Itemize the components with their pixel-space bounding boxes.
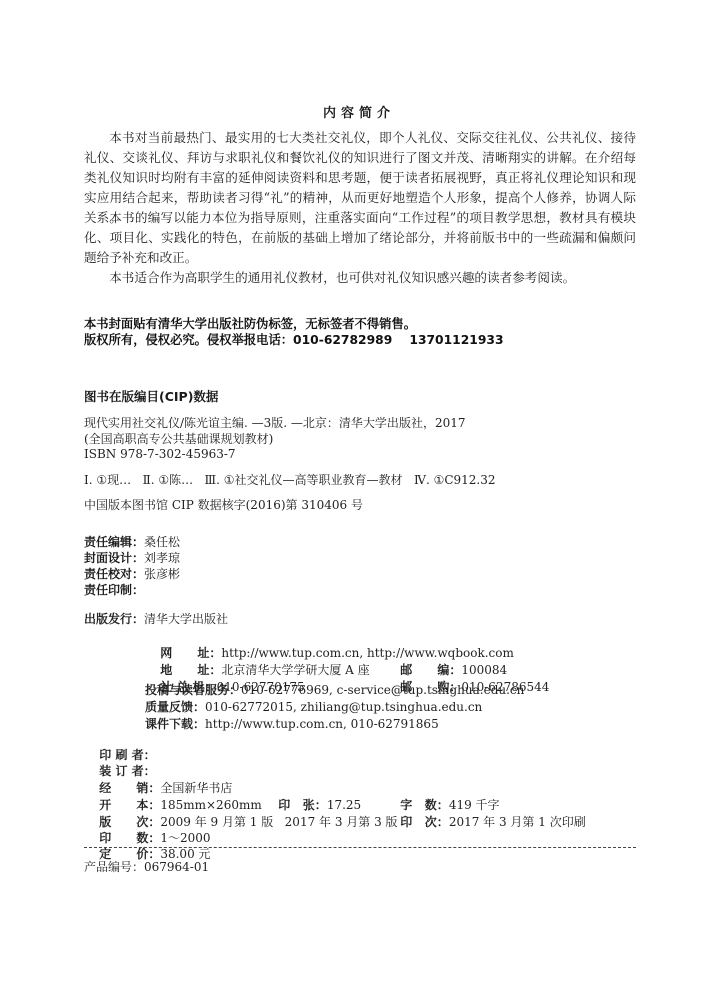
- download-line: 课件下载：http://www.tup.com.cn, 010-62791865: [145, 715, 439, 732]
- copyright-notice: 版权所有，侵权必究。侵权举报电话：010-62782989 1370112193…: [84, 332, 504, 348]
- cip-line-2: (全国高职高专公共基础课规划教材): [84, 430, 273, 447]
- staff-cover-design: 封面设计：刘孝琼: [84, 549, 180, 566]
- product-code: 产品编号：067964-01: [84, 858, 209, 875]
- service-line: 投稿与读者服务：010-62776969, c-service@tup.tsin…: [145, 681, 524, 698]
- service-label: 投稿与读者服务：: [145, 683, 241, 697]
- impression-label: 印 次：: [400, 815, 449, 829]
- service-value: 010-62776969, c-service@tup.tsinghua.edu…: [241, 683, 524, 697]
- summary-title: 内容简介: [0, 102, 718, 121]
- publisher-name: 清华大学出版社: [144, 612, 228, 626]
- staff-printing: 责任印制：: [84, 581, 144, 598]
- publisher-label: 出版发行：: [84, 612, 144, 626]
- cip-isbn: ISBN 978-7-302-45963-7: [84, 447, 236, 461]
- impression-value: 2017 年 3 月第 1 次印刷: [449, 815, 586, 829]
- publisher-line: 出版发行：清华大学出版社: [84, 610, 228, 627]
- feedback-value: 010-62772015, zhiliang@tup.tsinghua.edu.…: [205, 700, 482, 714]
- cip-heading: 图书在版编目(CIP)数据: [84, 387, 218, 405]
- staff-proofreader: 责任校对：张彦彬: [84, 565, 180, 582]
- impression-line: 印 次：2017 年 3 月第 1 次印刷: [385, 799, 586, 844]
- cip-record: 中国版本图书馆 CIP 数据核字(2016)第 310406 号: [84, 496, 363, 513]
- download-value: http://www.tup.com.cn, 010-62791865: [205, 717, 439, 731]
- staff-proof-label: 责任校对：: [84, 567, 144, 581]
- copyright-page: 内容简介 本书对当前最热门、最实用的七大类社交礼仪，即个人礼仪、交际交往礼仪、公…: [0, 0, 718, 1000]
- feedback-line: 质量反馈：010-62772015, zhiliang@tup.tsinghua…: [145, 698, 482, 715]
- staff-cover-label: 封面设计：: [84, 551, 144, 565]
- summary-paragraph-3: 本书适合作为高职学生的通用礼仪教材，也可供对礼仪知识感兴趣的读者参考阅读。: [84, 268, 636, 288]
- staff-cover-value: 刘孝琼: [144, 551, 180, 565]
- anti-counterfeit-notice: 本书封面贴有清华大学出版社防伪标签，无标签者不得销售。: [84, 316, 416, 332]
- download-label: 课件下载：: [145, 717, 205, 731]
- cip-line-1: 现代实用社交礼仪/陈光谊主编. —3版. —北京：清华大学出版社，2017: [84, 414, 465, 431]
- staff-editor-value: 桑任松: [144, 535, 180, 549]
- dashed-divider: [84, 847, 636, 848]
- staff-editor-label: 责任编辑：: [84, 535, 144, 549]
- summary-paragraph-2: 本书的编写以能力本位为指导原则，注重落实面向“工作过程”的项目教学思想，教材具有…: [84, 208, 636, 268]
- feedback-label: 质量反馈：: [145, 700, 205, 714]
- staff-editor: 责任编辑：桑任松: [84, 533, 180, 550]
- cip-classification: Ⅰ. ①现… Ⅱ. ①陈… Ⅲ. ①社交礼仪—高等职业教育—教材 Ⅳ. ①C91…: [84, 471, 496, 488]
- staff-printing-label: 责任印制：: [84, 583, 144, 597]
- staff-proof-value: 张彦彬: [144, 567, 180, 581]
